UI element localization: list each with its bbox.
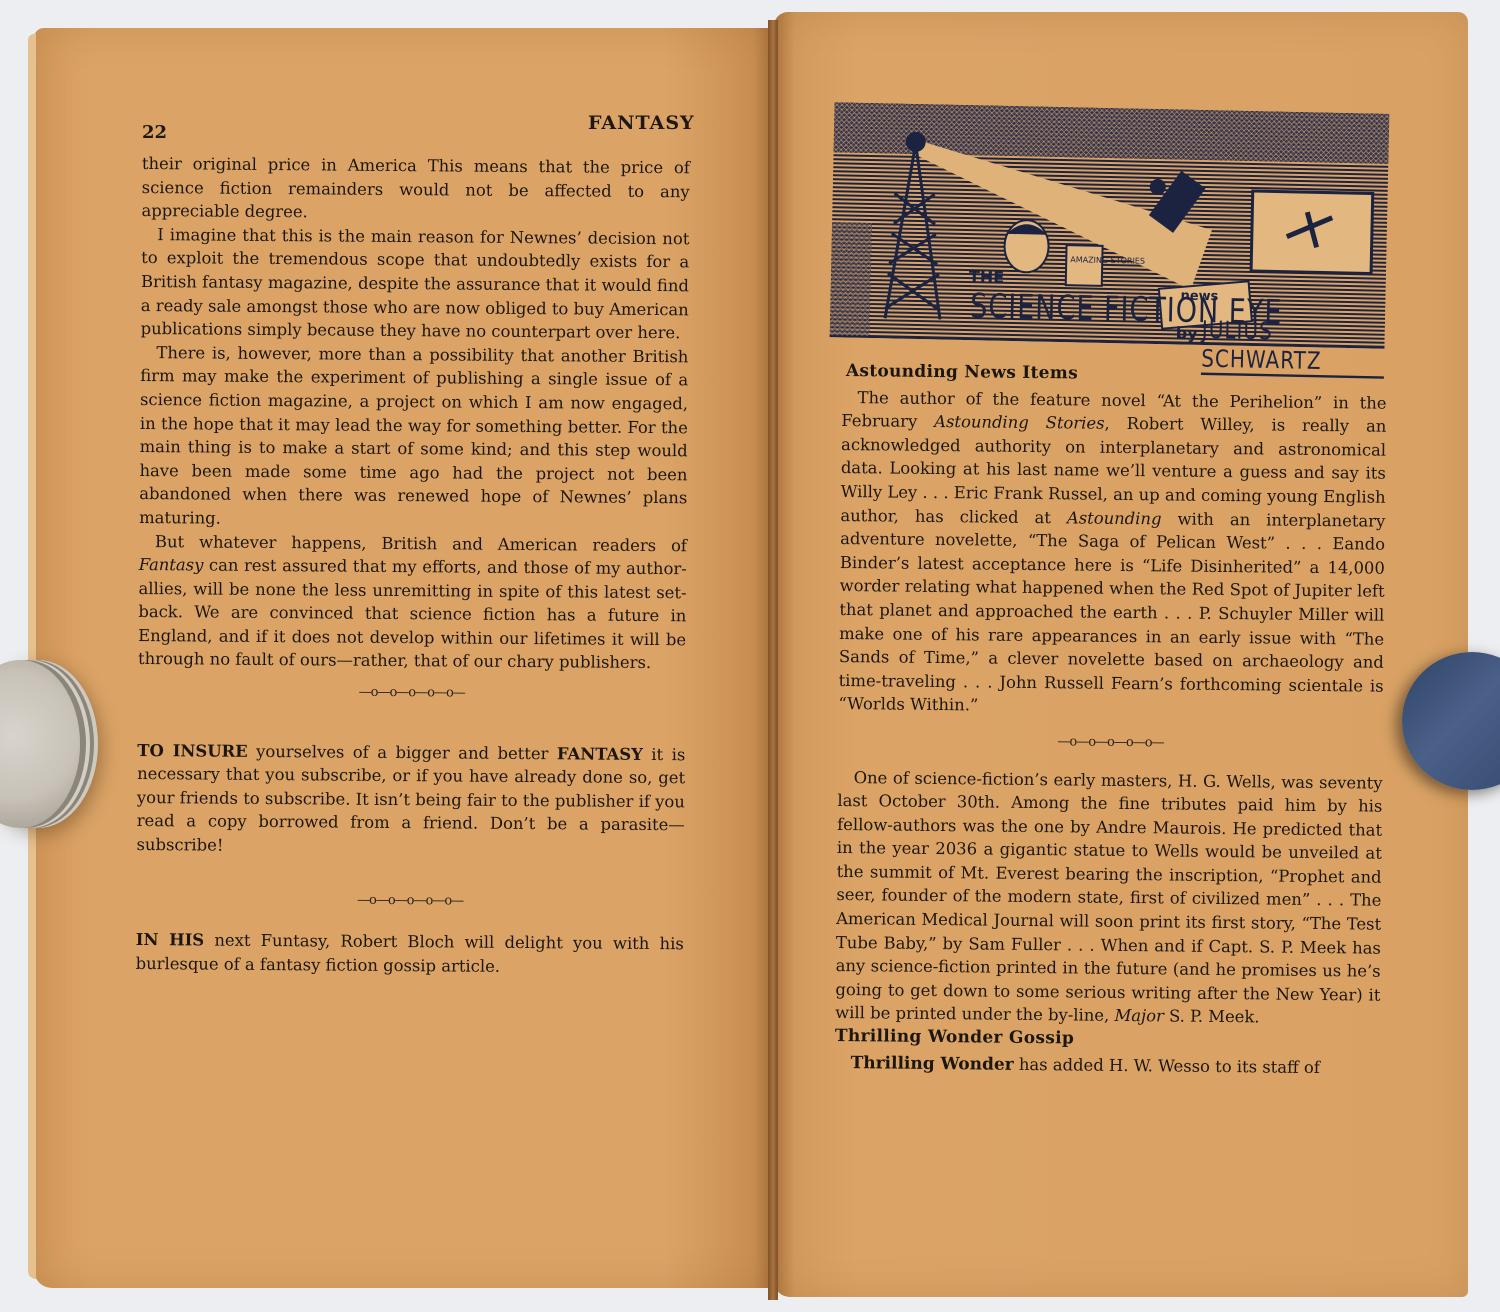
- running-title: FANTASY: [588, 112, 695, 134]
- brand-name: FANTASY: [557, 744, 643, 764]
- notice-lead: TO INSURE: [137, 741, 247, 761]
- text-run: yourselves of a bigger and better: [248, 742, 557, 763]
- ornamental-separator: —o—o—o—o—o—: [136, 887, 684, 915]
- paragraph: I imagine that this is the main reason f…: [141, 223, 690, 345]
- bloch-notice: IN HIS next Funtasy, Robert Bloch will d…: [136, 928, 684, 979]
- magazine-name-bold: Thrilling Wonder: [851, 1053, 1014, 1075]
- left-column-text: their original price in America This mea…: [136, 152, 690, 980]
- paragraph: their original price in America This mea…: [141, 152, 690, 227]
- text-run: S. P. Meek.: [1164, 1007, 1260, 1027]
- notice-lead: IN HIS: [136, 930, 205, 950]
- ornamental-separator: —o—o—o—o—o—: [138, 679, 686, 707]
- section-heading: Thrilling Wonder Gossip: [835, 1025, 1380, 1054]
- magazine-title-italic: Astounding Stories: [934, 412, 1105, 433]
- subscribe-notice: TO INSURE yourselves of a bigger and bet…: [136, 739, 685, 861]
- text-run: can rest assured that my efforts, and th…: [138, 556, 687, 673]
- paragraph: The author of the feature novel “At the …: [838, 386, 1386, 722]
- ornamental-separator: —o—o—o—o—o—: [838, 728, 1383, 757]
- right-column-text: Astounding News Items The author of the …: [835, 360, 1387, 1081]
- text-run: with an interplanetary adventure novelet…: [838, 509, 1385, 715]
- banner-kicker: THE: [969, 267, 1005, 287]
- column-banner-illustration: AMAZING STORIES news THE SCIENCE FICTION…: [830, 102, 1390, 349]
- page-number: 22: [142, 122, 167, 143]
- svg-text:AMAZING STORIES: AMAZING STORIES: [1070, 255, 1145, 266]
- paragraph: But whatever happens, British and Americ…: [138, 529, 687, 675]
- page-edge: [28, 34, 36, 1279]
- banner-by: by: [1176, 323, 1198, 342]
- paragraph: One of science-fiction’s early masters, …: [835, 765, 1383, 1030]
- magazine-title-italic: Astounding: [1067, 508, 1162, 528]
- magazine-title-italic: Fantasy: [139, 555, 204, 575]
- rank-italic: Major: [1114, 1006, 1164, 1026]
- paragraph: There is, however, more than a possibili…: [139, 341, 688, 534]
- text-run: But whatever happens, British and Americ…: [155, 532, 687, 555]
- book-gutter: [768, 20, 778, 1300]
- text-run: One of science-fiction’s early masters, …: [835, 768, 1383, 1026]
- section-heading: Astounding News Items: [846, 360, 1387, 389]
- text-run: next Funtasy, Robert Bloch will delight …: [136, 931, 684, 976]
- text-run: has added H. W. Wesso to its staff of: [1014, 1054, 1320, 1076]
